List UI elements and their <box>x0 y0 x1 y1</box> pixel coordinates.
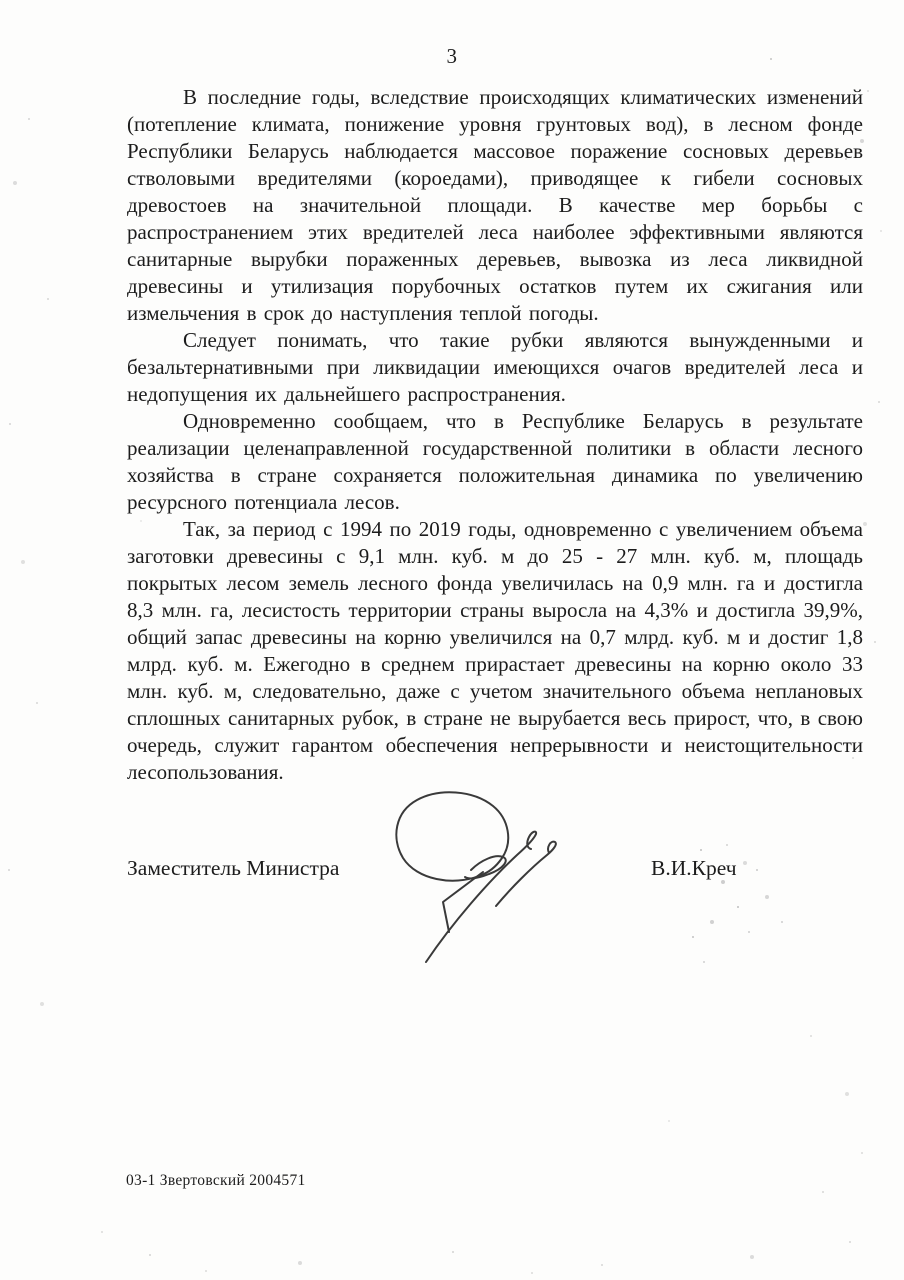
document-body: В последние годы, вследствие происходящи… <box>127 84 863 786</box>
scan-noise <box>0 0 2 2</box>
signatory-name: В.И.Креч <box>651 856 737 881</box>
scanned-document-page: 3 В последние годы, вследствие происходя… <box>0 0 904 1280</box>
handwritten-signature-icon <box>383 770 593 982</box>
signatory-title: Заместитель Министра <box>127 856 339 881</box>
page-number: 3 <box>0 44 904 69</box>
paragraph-statistics-1994-2019: Так, за период с 1994 по 2019 годы, одно… <box>127 516 863 786</box>
paragraph-state-policy: Одновременно сообщаем, что в Республике … <box>127 408 863 516</box>
paragraph-climate-pests: В последние годы, вследствие происходящи… <box>127 84 863 327</box>
paragraph-forced-fellings: Следует понимать, что такие рубки являют… <box>127 327 863 408</box>
footer-reference-number: 03-1 Звертовский 2004571 <box>126 1172 306 1190</box>
